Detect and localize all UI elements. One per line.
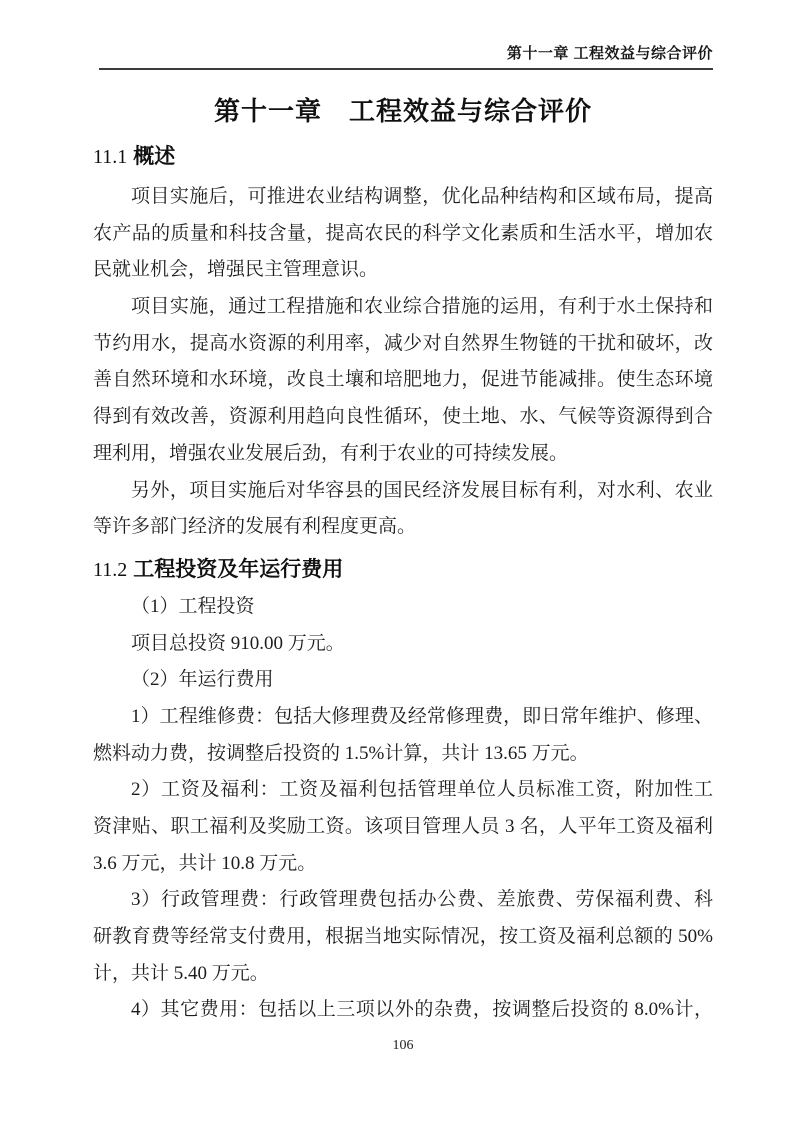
paragraph-line: （1）工程投资 [93, 589, 713, 626]
heading-number: 11.2 [93, 559, 127, 581]
paragraph-line: 资津贴、职工福利及奖励工资。该项目管理人员 3 名，人平年工资及福利 [93, 809, 713, 846]
page-number: 106 [393, 1038, 414, 1053]
paragraph-line: 农产品的质量和科技含量，提高农民的科学文化素质和生活水平，增加农 [93, 216, 713, 253]
paragraph-line: 项目实施后，可推进农业结构调整，优化品种结构和区域布局，提高 [93, 179, 713, 216]
document-page: 第十一章 工程效益与综合评价 第十一章 工程效益与综合评价 11.1概述项目实施… [0, 0, 793, 1122]
heading-text: 工程投资及年运行费用 [133, 558, 343, 581]
document-body: 11.1概述项目实施后，可推进农业结构调整，优化品种结构和区域布局，提高农产品的… [93, 140, 713, 1029]
header-rule [99, 68, 713, 70]
paragraph-line: 另外，项目实施后对华容县的国民经济发展目标有利，对水利、农业 [93, 473, 713, 510]
heading-number: 11.1 [93, 146, 127, 168]
chapter-title: 第十一章 工程效益与综合评价 [93, 92, 713, 130]
running-header: 第十一章 工程效益与综合评价 [93, 0, 713, 64]
paragraph-line: 研教育费等经常支付费用，根据当地实际情况，按工资及福利总额的 50% [93, 919, 713, 956]
paragraph-line: 善自然环境和水环境，改良土壤和培肥地力，促进节能减排。使生态环境 [93, 362, 713, 399]
paragraph-line: 民就业机会，增强民主管理意识。 [93, 252, 713, 289]
paragraph-line: 等许多部门经济的发展有利程度更高。 [93, 509, 713, 546]
paragraph-line: 1）工程维修费：包括大修理费及经常修理费，即日常年维护、修理、 [93, 699, 713, 736]
paragraph-line: 计，共计 5.40 万元。 [93, 956, 713, 993]
paragraph-line: 2）工资及福利：工资及福利包括管理单位人员标准工资，附加性工 [93, 772, 713, 809]
content-area: 第十一章 工程效益与综合评价 第十一章 工程效益与综合评价 11.1概述项目实施… [0, 0, 793, 1055]
paragraph-line: 3.6 万元，共计 10.8 万元。 [93, 846, 713, 883]
paragraph-line: 得到有效改善，资源利用趋向良性循环，使土地、水、气候等资源得到合 [93, 399, 713, 436]
paragraph-line: 燃料动力费，按调整后投资的 1.5%计算，共计 13.65 万元。 [93, 736, 713, 773]
paragraph-line: 理利用，增强农业发展后劲，有利于农业的可持续发展。 [93, 436, 713, 473]
paragraph-line: （2）年运行费用 [93, 662, 713, 699]
paragraph-line: 3）行政管理费：行政管理费包括办公费、差旅费、劳保福利费、科 [93, 882, 713, 919]
paragraph-line: 4）其它费用：包括以上三项以外的杂费，按调整后投资的 8.0%计， [93, 992, 713, 1029]
page-footer: 106 [93, 1037, 713, 1055]
heading-text: 概述 [133, 145, 175, 168]
section-heading: 11.1概述 [93, 140, 713, 173]
paragraph-line: 项目实施，通过工程措施和农业综合措施的运用，有利于水土保持和 [93, 289, 713, 326]
paragraph-line: 项目总投资 910.00 万元。 [93, 626, 713, 663]
section-heading: 11.2工程投资及年运行费用 [93, 553, 713, 586]
paragraph-line: 节约用水，提高水资源的利用率，减少对自然界生物链的干扰和破坏，改 [93, 326, 713, 363]
